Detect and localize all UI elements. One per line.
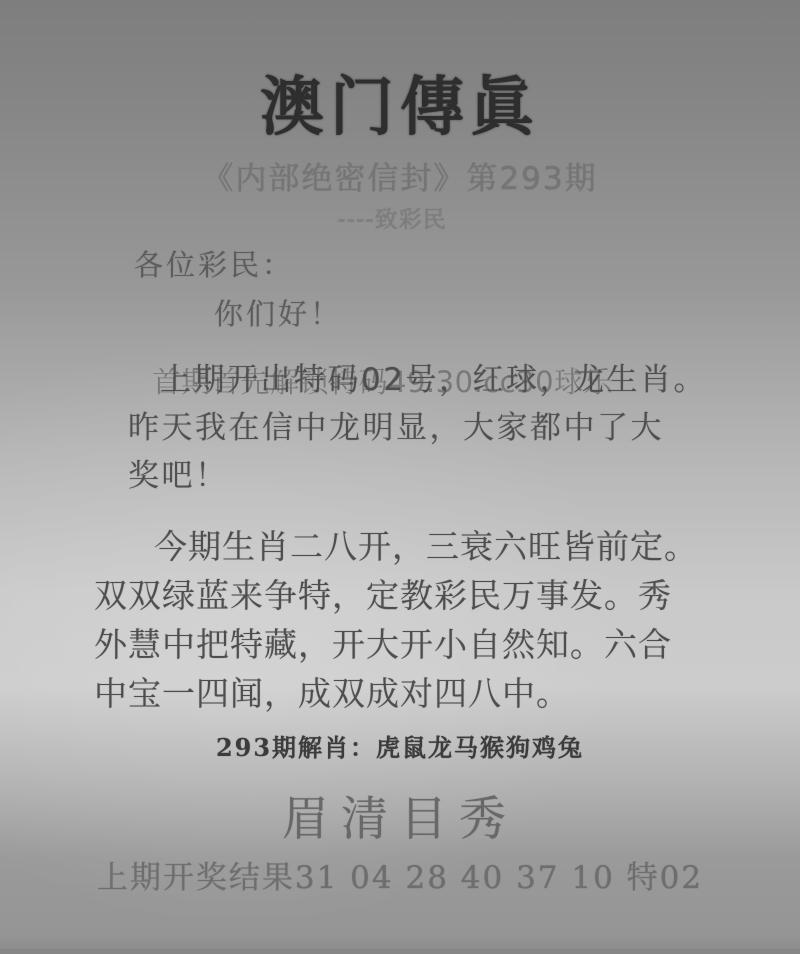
paragraph1-line3: 奖吧！	[128, 452, 707, 500]
zodiac-solution-line: 293期解肖：虎鼠龙马猴狗鸡兔	[0, 728, 800, 763]
paragraph2-line1: 今期生肖二八开，三衰六旺皆前定。	[94, 522, 698, 571]
bottom-edge-strip	[0, 949, 800, 954]
salutation-text: 各位彩民：	[134, 243, 294, 284]
paragraph2-line3: 外慧中把特藏，开大开小自然知。六合	[94, 620, 698, 669]
watermark-text: 首期首先解锁特码49.30.cc30球乐	[152, 360, 613, 401]
idiom-text: 眉清目秀	[0, 782, 800, 849]
paragraph2-line4: 中宝一四闻，成双成对四八中。	[94, 669, 698, 718]
issue-subtitle: 《内部绝密信封》第293期	[0, 153, 800, 198]
dedication-line: ----致彩民	[0, 201, 784, 234]
paragraph2-line2: 双双绿蓝来争特，定教彩民万事发。秀	[94, 571, 698, 620]
paragraph1-line2: 昨天我在信中龙明显，大家都中了大	[128, 404, 707, 452]
fax-document-page: 澳门傳眞 《内部绝密信封》第293期 ----致彩民 各位彩民： 你们好！ 首期…	[0, 0, 800, 954]
zodiac-solution-values: 虎鼠龙马猴狗鸡兔	[376, 733, 584, 762]
greeting-text: 你们好！	[214, 292, 342, 333]
previous-draw-results: 上期开奖结果31 04 28 40 37 10 特02	[0, 852, 800, 897]
paragraph-current-tip: 今期生肖二八开，三衰六旺皆前定。 双双绿蓝来争特，定教彩民万事发。秀 外慧中把特…	[94, 522, 698, 718]
document-title: 澳门傳眞	[0, 56, 800, 148]
zodiac-solution-label: 293期解肖：	[216, 733, 376, 762]
